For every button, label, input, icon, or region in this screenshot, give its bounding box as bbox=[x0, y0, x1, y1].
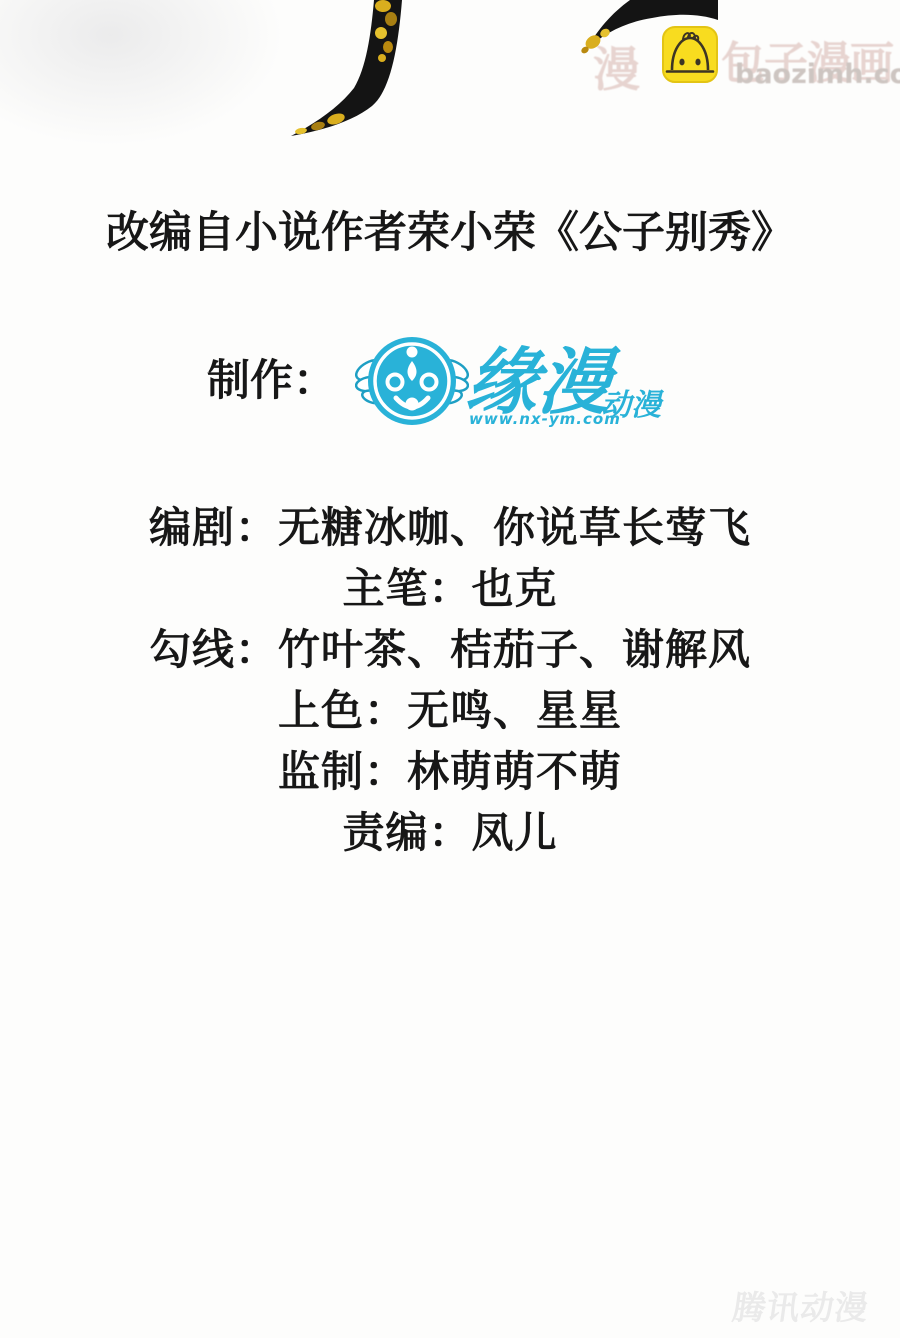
production-label: 制作： bbox=[207, 347, 336, 408]
credit-line-screenwriter: 编剧：无糖冰咖、你说草长莺飞 bbox=[0, 497, 900, 558]
credit-role: 上色： bbox=[278, 686, 407, 735]
credit-names: 无鸣、星星 bbox=[407, 686, 622, 735]
credit-role: 监制： bbox=[278, 747, 407, 796]
studio-logo: 缘漫 动漫 www.nx-ym.com bbox=[355, 330, 835, 445]
credit-names: 无糖冰咖、你说草长莺飞 bbox=[278, 503, 751, 552]
credits-list: 编剧：无糖冰咖、你说草长莺飞 主笔：也克 勾线：竹叶茶、桔茄子、谢解风 上色：无… bbox=[0, 497, 900, 863]
credit-role: 编剧： bbox=[149, 503, 278, 552]
credit-names: 也克 bbox=[472, 564, 558, 613]
studio-url-text: www.nx-ym.com bbox=[469, 410, 621, 428]
studio-emblem-icon bbox=[355, 330, 469, 432]
credit-line-editor: 责编：凤儿 bbox=[0, 802, 900, 863]
credit-line-supervisor: 监制：林萌萌不萌 bbox=[0, 741, 900, 802]
credit-role: 责编： bbox=[342, 808, 471, 857]
tencent-comics-watermark: 腾讯动漫 bbox=[730, 1282, 873, 1329]
credit-role: 主笔： bbox=[342, 564, 471, 613]
manhua-credits-page: 漫 包子漫画 baozimh.com 改编自小说作者荣小荣《公子别秀》 制作： bbox=[0, 0, 900, 1338]
credit-role: 勾线： bbox=[149, 625, 278, 674]
credit-names: 凤儿 bbox=[472, 808, 558, 857]
credit-names: 林萌萌不萌 bbox=[407, 747, 622, 796]
credit-line-coloring: 上色：无鸣、星星 bbox=[0, 680, 900, 741]
credit-names: 竹叶茶、桔茄子、谢解风 bbox=[278, 625, 751, 674]
credit-line-lineart: 勾线：竹叶茶、桔茄子、谢解风 bbox=[0, 619, 900, 680]
calligraphy-brush-strokes-icon bbox=[0, 0, 900, 160]
credit-line-lead-artist: 主笔：也克 bbox=[0, 558, 900, 619]
baozi-bun-icon bbox=[662, 26, 718, 83]
adaptation-credit-line: 改编自小说作者荣小荣《公子别秀》 bbox=[0, 199, 900, 260]
production-row: 制作： bbox=[207, 330, 847, 445]
